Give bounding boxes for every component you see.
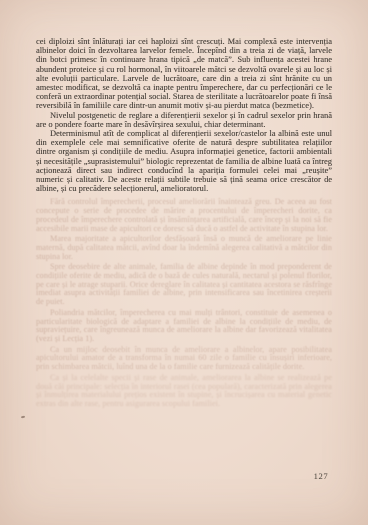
paragraph: Nivelul postgenetic de reglare a diferen… xyxy=(36,111,332,129)
text-column: cei diploizi sînt înlăturați iar cei hap… xyxy=(36,37,332,409)
paragraph: Determinismul atît de complicat al difer… xyxy=(36,129,332,193)
paragraph: Poliandria mătcilor, împerecherea cu mai… xyxy=(36,309,332,344)
scanned-book-page: cei diploizi sînt înlăturați iar cei hap… xyxy=(0,0,368,525)
paragraph: cei diploizi sînt înlăturați iar cei hap… xyxy=(36,37,332,111)
main-text-block: cei diploizi sînt înlăturați iar cei hap… xyxy=(36,37,332,193)
paragraph: Spre deosebire de alte animale, familia … xyxy=(36,263,332,307)
ink-speck xyxy=(21,416,25,419)
paragraph: Marea majoritate a apicultorilor desfășo… xyxy=(36,235,332,261)
page-number: 127 xyxy=(308,471,334,481)
paragraph: Ca un mijloc deosebit în munca de amelio… xyxy=(36,346,332,372)
paragraph: Ca și la celelalte specii și rase de ani… xyxy=(36,374,332,409)
paragraph: Fără controlul împerecherii, procesul am… xyxy=(36,198,332,233)
faded-text-block: Fără controlul împerecherii, procesul am… xyxy=(36,198,332,408)
